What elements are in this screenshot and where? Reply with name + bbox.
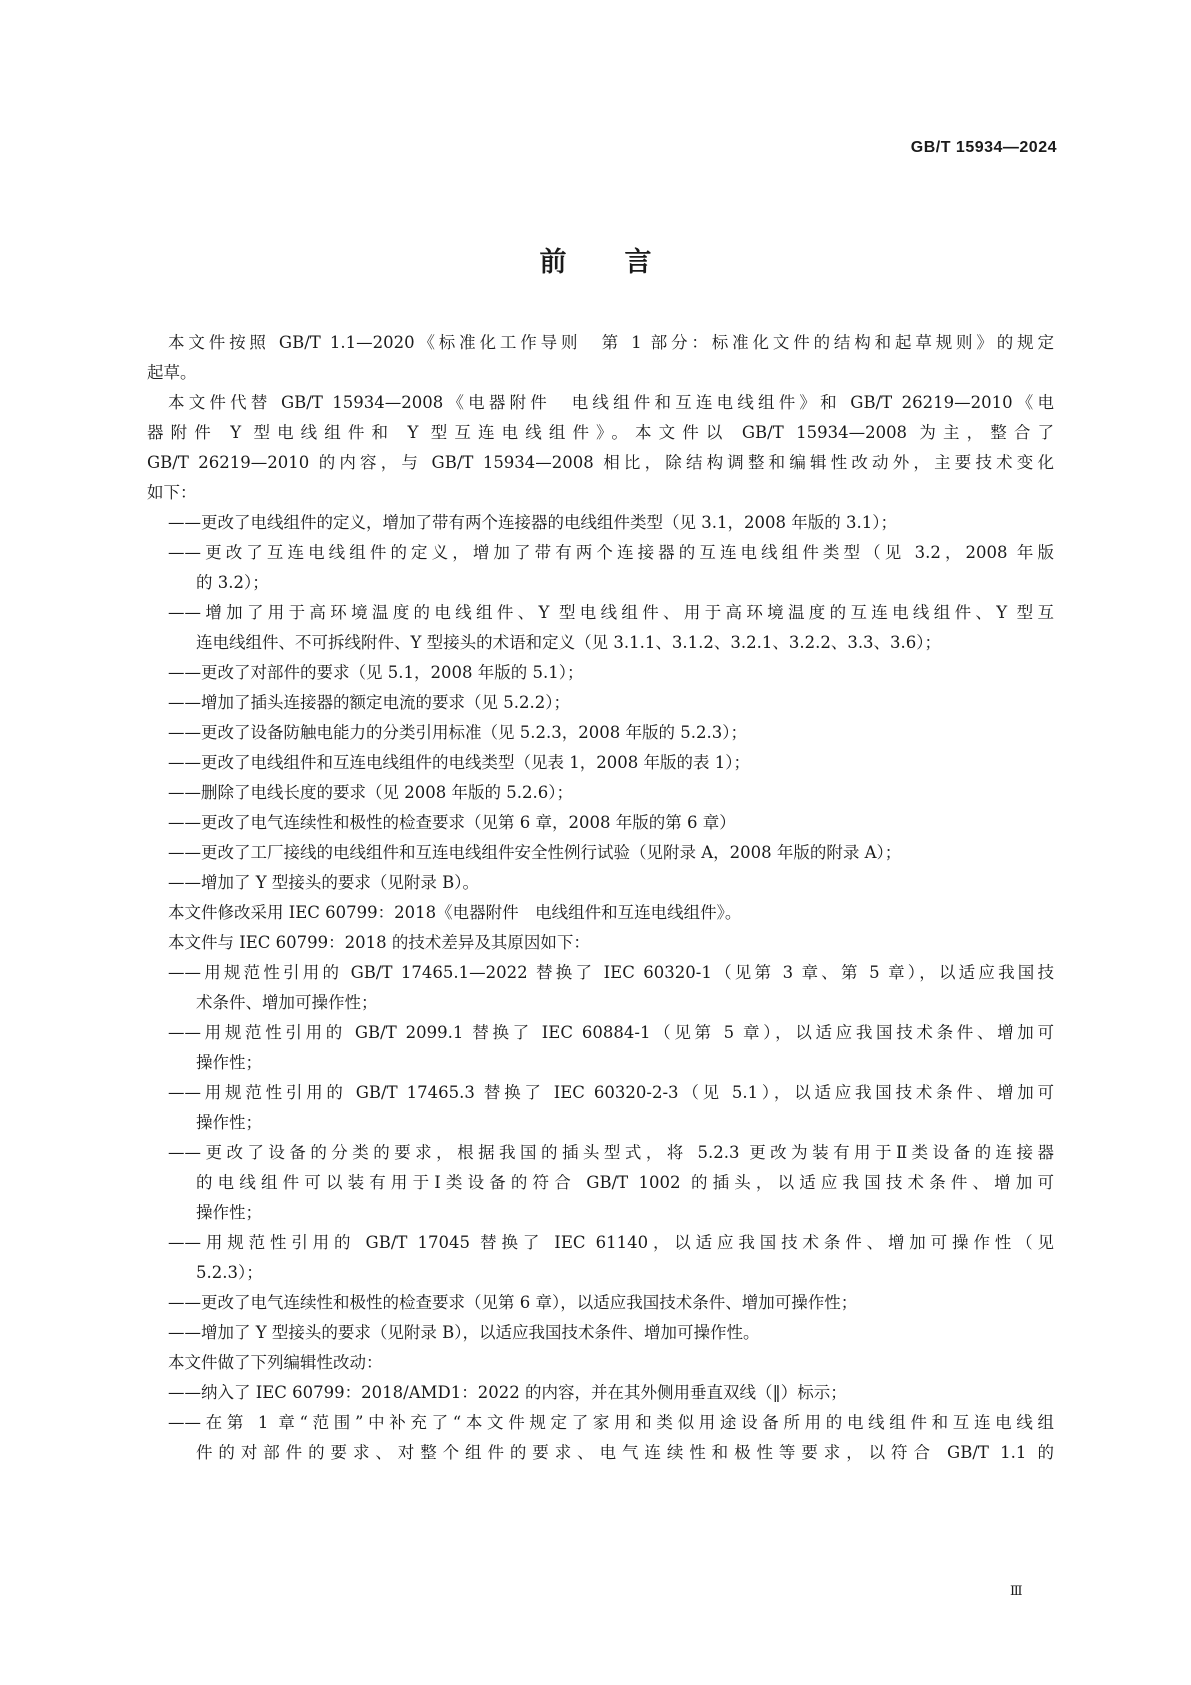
text-line: 5.2.3）； xyxy=(196,1263,263,1283)
text-line: ——增加了用于高环境温度的电线组件、Y 型电线组件、用于高环境温度的互连电线组件… xyxy=(168,603,1054,623)
text-line: ——更改了互连电线组件的定义，增加了带有两个连接器的互连电线组件类型（见 3.2… xyxy=(168,543,1054,563)
text-line: ——更改了对部件的要求（见 5.1，2008 年版的 5.1）； xyxy=(168,663,583,683)
text-line: 件的对部件的要求、对整个组件的要求、电气连续性和极性等要求，以符合 GB/T 1… xyxy=(196,1443,1054,1463)
text-line: ——更改了电气连续性和极性的检查要求（见第 6 章），以适应我国技术条件、增加可… xyxy=(168,1293,857,1313)
text-line: ——增加了 Y 型接头的要求（见附录 B）。 xyxy=(168,873,479,893)
text-line: ——用规范性引用的 GB/T 17465.1—2022 替换了 IEC 6032… xyxy=(168,963,1054,983)
text-line: 起草。 xyxy=(147,363,197,383)
text-line: ——增加了插头连接器的额定电流的要求（见 5.2.2）； xyxy=(168,693,570,713)
text-line: 连电线组件、不可拆线附件、Y 型接头的术语和定义（见 3.1.1、3.1.2、3… xyxy=(196,633,941,653)
text-line: 本文件做了下列编辑性改动： xyxy=(168,1353,383,1373)
text-line: ——用规范性引用的 GB/T 17045 替换了 IEC 61140，以适应我国… xyxy=(168,1233,1054,1253)
text-line: ——更改了设备防触电能力的分类引用标准（见 5.2.3，2008 年版的 5.2… xyxy=(168,723,747,743)
text-line: ——更改了设备的分类的要求，根据我国的插头型式，将 5.2.3 更改为装有用于Ⅱ… xyxy=(168,1143,1054,1163)
text-line: ——增加了 Y 型接头的要求（见附录 B），以适应我国技术条件、增加可操作性。 xyxy=(168,1323,760,1343)
text-line: GB/T 26219—2010 的内容，与 GB/T 15934—2008 相比… xyxy=(147,453,1054,473)
text-line: 术条件、增加可操作性； xyxy=(196,993,378,1013)
text-line: 如下： xyxy=(147,483,197,503)
text-line: 本文件修改采用 IEC 60799：2018《电器附件 电线组件和互连电线组件》… xyxy=(168,903,741,923)
text-line: ——用规范性引用的 GB/T 2099.1 替换了 IEC 60884-1（见第… xyxy=(168,1023,1054,1043)
page-number: Ⅲ xyxy=(1010,1584,1023,1599)
text-line: 的 3.2）； xyxy=(196,573,269,593)
text-line: ——更改了电线组件和互连电线组件的电线类型（见表 1，2008 年版的表 1）； xyxy=(168,753,750,773)
text-line: 器附件 Y 型电线组件和 Y 型互连电线组件》。本文件以 GB/T 15934—… xyxy=(147,423,1054,443)
text-line: ——更改了电线组件的定义，增加了带有两个连接器的电线组件类型（见 3.1，200… xyxy=(168,513,897,533)
text-line: ——用规范性引用的 GB/T 17465.3 替换了 IEC 60320-2-3… xyxy=(168,1083,1054,1103)
text-line: ——在第 1 章“范围”中补充了“本文件规定了家用和类似用途设备所用的电线组件和… xyxy=(168,1413,1054,1433)
text-line: ——更改了工厂接线的电线组件和互连电线组件安全性例行试验（见附录 A，2008 … xyxy=(168,843,901,863)
text-line: 操作性； xyxy=(196,1053,262,1073)
text-line: 操作性； xyxy=(196,1203,262,1223)
text-line: 操作性； xyxy=(196,1113,262,1133)
text-line: ——纳入了 IEC 60799：2018/AMD1：2022 的内容，并在其外侧… xyxy=(168,1383,847,1403)
standard-code-header: GB/T 15934—2024 xyxy=(911,139,1057,157)
text-line: ——更改了电气连续性和极性的检查要求（见第 6 章，2008 年版的第 6 章） xyxy=(168,813,736,833)
text-line: 本文件代替 GB/T 15934—2008《电器附件 电线组件和互连电线组件》和… xyxy=(168,393,1054,413)
page-title: 前言 xyxy=(0,240,1191,279)
text-line: 本文件与 IEC 60799：2018 的技术差异及其原因如下： xyxy=(168,933,590,953)
text-line: 的电线组件可以装有用于Ⅰ类设备的符合 GB/T 1002 的插头，以适应我国技术… xyxy=(196,1173,1054,1193)
text-line: 本文件按照 GB/T 1.1—2020《标准化工作导则 第 1 部分：标准化文件… xyxy=(168,333,1054,353)
text-line: ——删除了电线长度的要求（见 2008 年版的 5.2.6）； xyxy=(168,783,573,803)
